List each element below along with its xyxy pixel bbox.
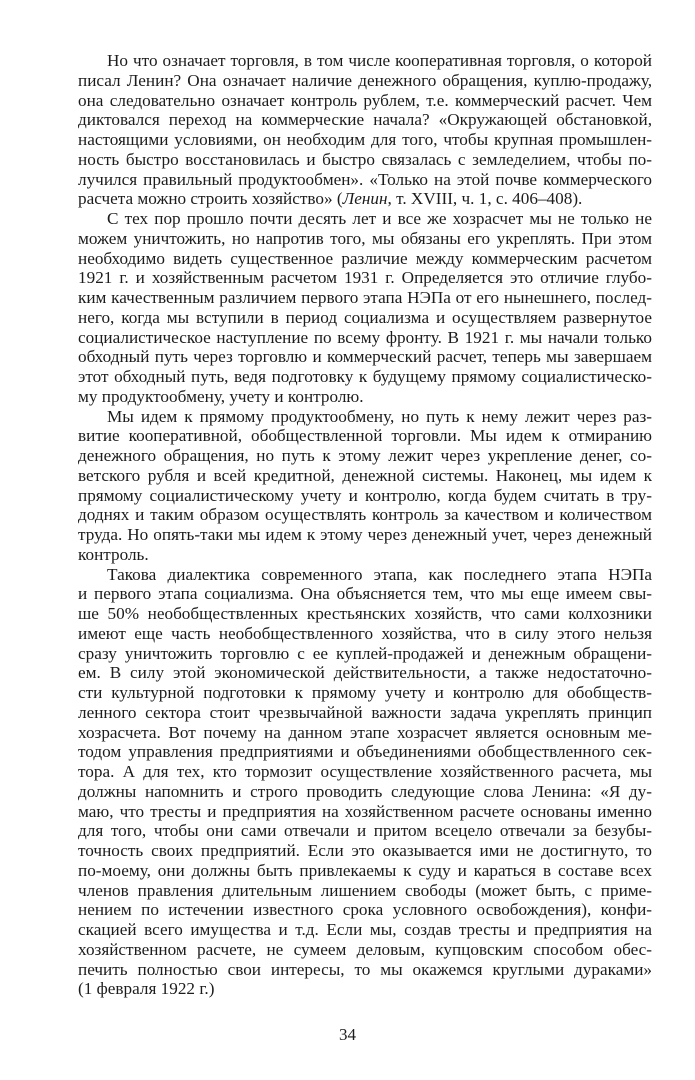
text-line: хозяйственном расчете, не сумеем деловым… — [78, 940, 652, 960]
text-line: витие кооперативной, обобществленной тор… — [78, 426, 652, 446]
paragraph-2: С тех пор прошло почти десять лет и все … — [78, 209, 652, 407]
text-line: она следовательно означает контроль рубл… — [78, 91, 652, 111]
text-line: социалистическое наступление по всему фр… — [78, 328, 652, 348]
text-line: должны напомнить и строго проводить след… — [78, 782, 652, 802]
text-line: обходный путь через торговлю и коммерчес… — [78, 347, 652, 367]
text-line: писал Ленин? Она означает наличие денежн… — [78, 71, 652, 91]
text-line: по-моему, они должны быть привлекаемы к … — [78, 861, 652, 881]
text-line: ем. В силу этой экономической действител… — [78, 663, 652, 683]
text-line: 1921 г. и хозяйственным расчетом 1931 г.… — [78, 268, 652, 288]
text-line: для того, чтобы они сами отвечали и прит… — [78, 821, 652, 841]
text-line: скацией всего имущества и т.д. Если мы, … — [78, 920, 652, 940]
text-line: хозрасчета. Вот почему на данном этапе х… — [78, 723, 652, 743]
paragraph-4: Такова диалектика современного этапа, ка… — [78, 565, 652, 1000]
text-line: доднях и таким образом осуществлять конт… — [78, 505, 652, 525]
text-line: му продуктообмену, учету и контролю. — [78, 387, 652, 407]
text-line: можем уничтожить, но напротив того, мы о… — [78, 229, 652, 249]
text-line: ше 50% необобществленных крестьянских хо… — [78, 604, 652, 624]
text-line: прямому социалистическому учету и контро… — [78, 486, 652, 506]
text-line: этот обходный путь, ведя подготовку к бу… — [78, 367, 652, 387]
text-line: диктовался переход на коммерческие начал… — [78, 110, 652, 130]
text-line: него, когда мы вступили в период социали… — [78, 308, 652, 328]
text-line: труда. Но опять-таки мы идем к этому чер… — [78, 525, 652, 545]
page-number: 34 — [0, 1025, 695, 1045]
text-line: денежного обращения, но путь к этому леж… — [78, 446, 652, 466]
page-body: Но что означает торговля, в том числе ко… — [78, 51, 652, 999]
text-line: сразу уничтожить торговлю с ее куплей-пр… — [78, 644, 652, 664]
text-line: маю, что тресты и предприятия на хозяйст… — [78, 802, 652, 822]
text-line: точность своих предприятий. Если это ока… — [78, 841, 652, 861]
text-line: лучился правильный продуктообмен». «Толь… — [78, 170, 652, 190]
citation-reference: , т. XVIII, ч. 1, с. 406–408). — [388, 189, 583, 208]
text-line: ветского рубля и всей кредитной, денежно… — [78, 466, 652, 486]
text-line: необходимо видеть существенное различие … — [78, 249, 652, 269]
text-line: С тех пор прошло почти десять лет и все … — [78, 209, 652, 229]
text-line: Такова диалектика современного этапа, ка… — [78, 565, 652, 585]
text-line: нением по истечении известного срока усл… — [78, 900, 652, 920]
text-line: контроль. — [78, 545, 652, 565]
text-line: печить полностью свои интересы, то мы ок… — [78, 960, 652, 980]
text-line: и первого этапа социализма. Она объясняе… — [78, 584, 652, 604]
paragraph-1: Но что означает торговля, в том числе ко… — [78, 51, 652, 209]
text-line: тора. А для тех, кто тормозит осуществле… — [78, 762, 652, 782]
text-line: членов правления длительным лишением сво… — [78, 881, 652, 901]
text-line: тодом управления предприятиями и объедин… — [78, 742, 652, 762]
paragraph-3: Мы идем к прямому продуктообмену, но пут… — [78, 407, 652, 565]
text-line: ким качественным различием первого этапа… — [78, 288, 652, 308]
citation-author: Ленин — [343, 189, 388, 208]
citation-text-pre: расчета можно строить хозяйство» ( — [78, 189, 343, 208]
text-line: Но что означает торговля, в том числе ко… — [78, 51, 652, 71]
text-line: Мы идем к прямому продуктообмену, но пут… — [78, 407, 652, 427]
text-line-with-citation: расчета можно строить хозяйство» (Ленин,… — [78, 189, 652, 209]
text-line: сти культурной подготовки к прямому учет… — [78, 683, 652, 703]
text-line: настоящими условиями, он необходим для т… — [78, 130, 652, 150]
text-line: ленного сектора стоит чрезвычайной важно… — [78, 703, 652, 723]
text-line: ность быстро восстановилась и быстро свя… — [78, 150, 652, 170]
text-line-date: (1 февраля 1922 г.) — [78, 979, 652, 999]
text-line: имеют еще часть необобществленного хозяй… — [78, 624, 652, 644]
